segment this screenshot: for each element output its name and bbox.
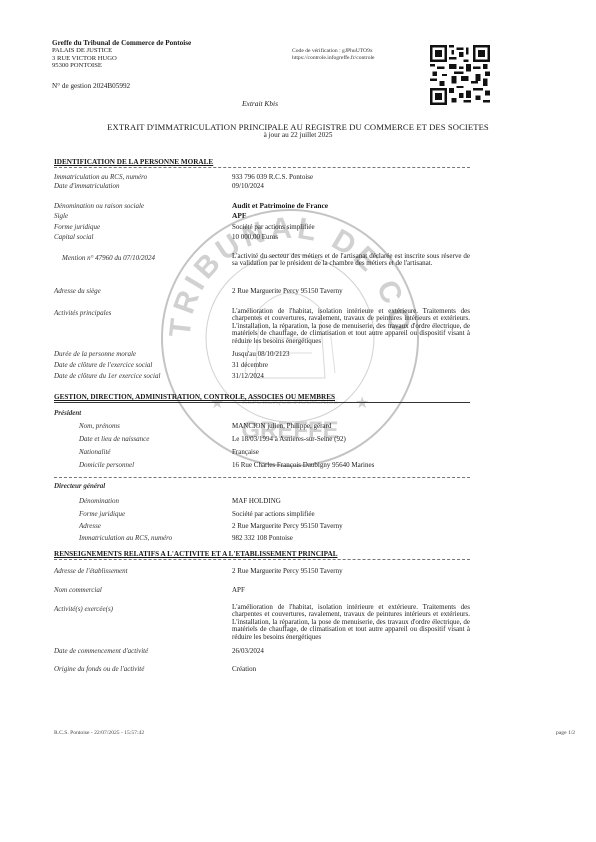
main-activities: L'amélioration de l'habitat, isolation i… — [232, 308, 470, 345]
company-name: Audit et Patrimoine de France — [232, 201, 328, 210]
field-label: Date et lieu de naissance — [79, 435, 149, 443]
legal-form: Société par actions simplifiée — [232, 223, 315, 231]
section-divider — [54, 167, 470, 168]
field-label: Adresse — [79, 522, 101, 530]
activity-start-date: 26/03/2024 — [232, 647, 264, 655]
address-line: PALAIS DE JUSTICE — [52, 47, 191, 54]
field-label: Adresse du siège — [54, 287, 101, 295]
field-label: Dénomination — [79, 497, 119, 505]
verification-url[interactable]: https://controle.infogreffe.fr/controle — [292, 55, 375, 62]
establishment-address: 2 Rue Marguerite Percy 95150 Taverny — [232, 567, 343, 575]
field-label: Date de clôture de l'exercice social — [54, 361, 152, 369]
director-name: MAF HOLDING — [232, 497, 281, 505]
director-rcs: 982 332 108 Pontoise — [232, 534, 293, 542]
qr-code-icon[interactable] — [430, 45, 490, 105]
field-label: Sigle — [54, 212, 68, 220]
director-legal-form: Société par actions simplifiée — [232, 510, 315, 518]
court-name: Greffe du Tribunal de Commerce de Pontoi… — [52, 40, 191, 47]
field-label: Date de commencement d'activité — [54, 647, 148, 655]
first-fiscal-year-end: 31/12/2024 — [232, 372, 264, 380]
trade-name: APF — [232, 586, 245, 594]
field-label: Date d'immatriculation — [54, 182, 119, 190]
section-etablissement-title: RENSEIGNEMENTS RELATIFS A L'ACTIVITE ET … — [54, 550, 454, 558]
field-label: Capital social — [54, 233, 93, 241]
share-capital: 10 000,00 Euros — [232, 233, 278, 241]
page-number: page 1/2 — [556, 730, 575, 736]
director-heading: Directeur général — [54, 482, 105, 490]
president-birth: Le 18/03/1994 à Asnières-sur-Seine (92) — [232, 435, 346, 443]
verification-code: Code de vérification : gJPhuUTO9x — [292, 48, 375, 55]
section-divider — [54, 477, 470, 478]
president-address: 16 Rue Charles François Daubigny 95640 M… — [232, 461, 374, 469]
field-label: Nom commercial — [54, 586, 102, 594]
section-identification-title: IDENTIFICATION DE LA PERSONNE MORALE — [54, 158, 454, 166]
field-label: Durée de la personne morale — [54, 350, 136, 358]
field-label: Origine du fonds ou de l'activité — [54, 665, 144, 673]
field-label: Nom, prénoms — [79, 422, 120, 430]
field-label: Dénomination ou raison sociale — [54, 202, 144, 210]
court-address-block: Greffe du Tribunal de Commerce de Pontoi… — [52, 40, 191, 70]
address-line: 95300 PONTOISE — [52, 62, 191, 69]
director-address: 2 Rue Marguerite Percy 95150 Taverny — [232, 522, 343, 530]
mention-text: L'activité du secteur des métiers et de … — [232, 253, 470, 268]
field-label: Forme juridique — [79, 510, 125, 518]
field-label: Activité(s) exercée(s) — [54, 605, 113, 613]
address-line: 3 RUE VICTOR HUGO — [52, 55, 191, 62]
head-office-address: 2 Rue Marguerite Percy 95150 Taverny — [232, 287, 343, 295]
activities-exercised: L'amélioration de l'habitat, isolation i… — [232, 604, 470, 641]
footer-timestamp: R.C.S. Pontoise - 22/07/2025 - 15:57:42 — [54, 730, 144, 736]
president-name: MANCION julien, Philippe, gérard — [232, 422, 331, 430]
registration-date: 09/10/2024 — [232, 182, 264, 190]
field-label: Date de clôture du 1er exercice social — [54, 372, 160, 380]
fiscal-year-end: 31 décembre — [232, 361, 268, 369]
kbis-label: Extrait Kbis — [0, 99, 520, 108]
gestion-number: N° de gestion 2024B05992 — [52, 82, 130, 90]
acronym: APF — [232, 211, 246, 220]
section-gestion-title: GESTION, DIRECTION, ADMINISTRATION, CONT… — [54, 393, 454, 401]
field-label: Mention n° 47960 du 07/10/2024 — [62, 254, 155, 262]
field-label: Immatriculation au RCS, numéro — [79, 534, 172, 542]
field-label: Adresse de l'établissement — [54, 567, 128, 575]
section-divider — [54, 402, 470, 403]
rcs-number: 933 796 039 R.C.S. Pontoise — [232, 173, 313, 181]
field-label: Forme juridique — [54, 223, 100, 231]
document-date: à jour au 22 juillet 2025 — [0, 131, 596, 139]
verification-block: Code de vérification : gJPhuUTO9x https:… — [292, 48, 375, 62]
field-label: Activités principales — [54, 309, 111, 317]
field-label: Domicile personnel — [79, 461, 134, 469]
duration: Jusqu'au 08/10/2123 — [232, 350, 289, 358]
section-divider — [54, 559, 470, 560]
field-label: Nationalité — [79, 448, 111, 456]
field-label: Immatriculation au RCS, numéro — [54, 173, 147, 181]
president-heading: Président — [54, 409, 81, 417]
president-nationality: Française — [232, 448, 259, 456]
fund-origin: Création — [232, 665, 256, 673]
